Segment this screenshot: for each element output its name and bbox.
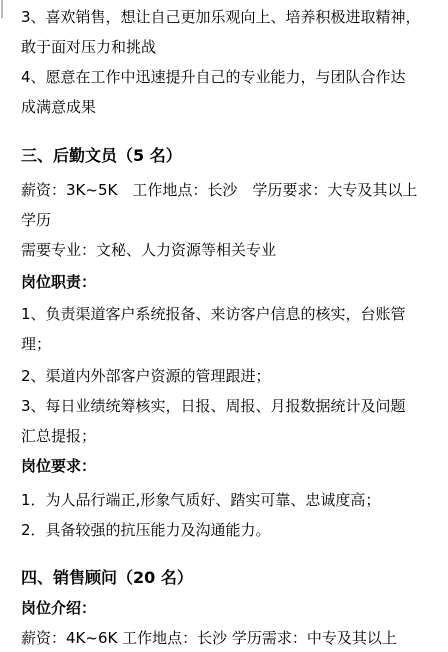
left-edge-mark xyxy=(1,0,3,18)
body-line: 2．具备较强的抗压能力及沟通能力。 xyxy=(21,515,432,545)
document-page: 3、喜欢销售，想让自己更加乐观向上、培养积极进取精神， 敢于面对压力和挑战 4、… xyxy=(0,0,448,652)
body-line: 2、渠道内外部客户资源的管理跟进； xyxy=(21,361,432,391)
body-line: 学历 xyxy=(21,205,432,235)
salary-location-education-line: 薪资：4K~6K 工作地点：长沙 学历需求：中专及其以上 xyxy=(21,623,432,652)
section-heading-sales-consultant: 四、销售顾问（20 名） xyxy=(21,563,432,593)
subsection-heading-introduction: 岗位介绍： xyxy=(21,593,432,623)
body-line: 汇总提报； xyxy=(21,421,432,451)
required-major-line: 需要专业：文秘、人力资源等相关专业 xyxy=(21,235,432,265)
body-line: 敢于面对压力和挑战 xyxy=(21,32,432,62)
body-line: 3、喜欢销售，想让自己更加乐观向上、培养积极进取精神， xyxy=(21,2,432,32)
body-line: 3、每日业绩统筹核实，日报、周报、月报数据统计及问题 xyxy=(21,391,432,421)
body-line: 理； xyxy=(21,329,432,359)
body-line: 成满意成果 xyxy=(21,92,432,122)
subsection-heading-requirements: 岗位要求： xyxy=(21,451,432,481)
subsection-heading-responsibilities: 岗位职责： xyxy=(21,267,432,297)
body-line: 1、负责渠道客户系统报备、来访客户信息的核实，台账管 xyxy=(21,299,432,329)
salary-location-education-line: 薪资：3K~5K 工作地点：长沙 学历要求：大专及其以上 xyxy=(21,175,432,205)
section-heading-logistics-clerk: 三、后勤文员（5 名） xyxy=(21,141,432,171)
body-line: 4、愿意在工作中迅速提升自己的专业能力，与团队合作达 xyxy=(21,62,432,92)
body-line: 1．为人品行端正,形象气质好、踏实可靠、忠诚度高； xyxy=(21,485,432,515)
